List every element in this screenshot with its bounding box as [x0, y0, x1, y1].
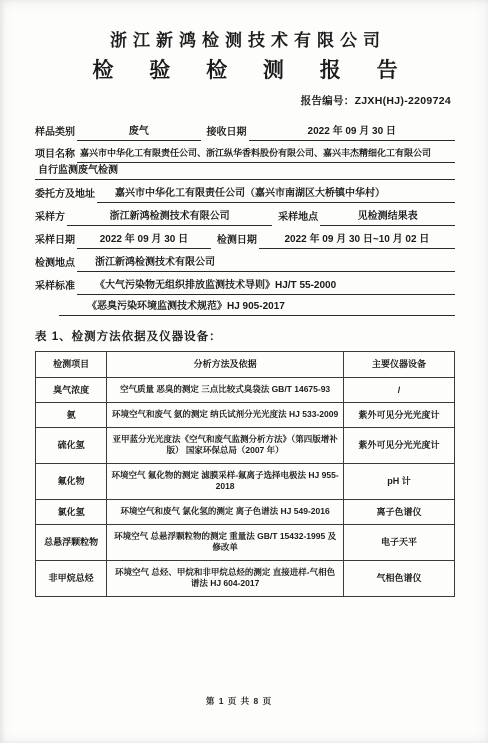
sampling-standard-line2: 《恶臭污染环境监测技术规范》HJ 905-2017 — [59, 299, 455, 316]
cell-method: 环境空气 总烃、甲烷和非甲烷总烃的测定 直接进样-气相色谱法 HJ 604-20… — [107, 560, 344, 596]
form-row-sample-type: 样品类别 废气 接收日期 2022 年 09 月 30 日 — [35, 124, 455, 141]
table-header-row: 检测项目 分析方法及依据 主要仪器设备 — [36, 352, 455, 377]
test-site-label: 检测地点 — [35, 256, 77, 272]
col-header-test-item: 检测项目 — [36, 352, 107, 377]
form-row-project-name-cont: 自行监测废气检测 — [35, 163, 455, 180]
cell-test-item: 氯化氢 — [36, 499, 107, 524]
col-header-instrument: 主要仪器设备 — [343, 352, 454, 377]
table-row: 氟化物 环境空气 氟化物的测定 滤膜采样-氟离子选择电极法 HJ 955-201… — [36, 463, 455, 499]
cell-instrument: 气相色谱仪 — [343, 560, 454, 596]
sampling-site-label: 采样地点 — [272, 210, 320, 226]
test-date-value: 2022 年 09 月 30 日~10 月 02 日 — [259, 232, 455, 249]
col-header-method: 分析方法及依据 — [107, 352, 344, 377]
form-row-sampler: 采样方 浙江新鸿检测技术有限公司 采样地点 见检测结果表 — [35, 209, 455, 226]
table-row: 硫化氢 亚甲蓝分光光度法《空气和废气监测分析方法》（第四版增补版） 国家环保总局… — [36, 427, 455, 463]
form-row-standard: 采样标准 《大气污染物无组织排放监测技术导则》HJ/T 55-2000 — [35, 278, 455, 295]
cell-method: 空气质量 恶臭的测定 三点比较式臭袋法 GB/T 14675-93 — [107, 377, 344, 402]
report-number-value: ZJXH(HJ)-2209724 — [355, 95, 451, 107]
sampling-date-value: 2022 年 09 月 30 日 — [77, 232, 211, 249]
test-site-value: 浙江新鸿检测技术有限公司 — [77, 255, 455, 272]
form-row-project-name: 项目名称 嘉兴市中华化工有限责任公司、浙江纵华香料股份有限公司、嘉兴丰杰精细化工… — [35, 147, 455, 163]
sampling-site-value: 见检测结果表 — [320, 209, 455, 226]
cell-test-item: 氨 — [36, 402, 107, 427]
table-row: 非甲烷总烃 环境空气 总烃、甲烷和非甲烷总烃的测定 直接进样-气相色谱法 HJ … — [36, 560, 455, 596]
table-row: 氯化氢 环境空气和废气 氯化氢的测定 离子色谱法 HJ 549-2016 离子色… — [36, 499, 455, 524]
project-name-value-line1: 嘉兴市中华化工有限责任公司、浙江纵华香料股份有限公司、嘉兴丰杰精细化工有限公司 — [77, 147, 455, 163]
cell-method: 环境空气和废气 氨的测定 纳氏试剂分光光度法 HJ 533-2009 — [107, 402, 344, 427]
receive-date-value: 2022 年 09 月 30 日 — [249, 124, 456, 141]
report-page: 浙江新鸿检测技术有限公司 检 验 检 测 报 告 报告编号：ZJXH(HJ)-2… — [0, 0, 488, 743]
table1-caption: 表 1、检测方法依据及仪器设备： — [35, 328, 455, 344]
project-name-label: 项目名称 — [35, 147, 77, 163]
sample-type-value: 废气 — [77, 124, 201, 141]
cell-method: 环境空气和废气 氯化氢的测定 离子色谱法 HJ 549-2016 — [107, 499, 344, 524]
cell-test-item: 硫化氢 — [36, 427, 107, 463]
report-number-label: 报告编号： — [301, 95, 355, 107]
client-label: 委托方及地址 — [35, 187, 97, 203]
cell-instrument: 离子色谱仪 — [343, 499, 454, 524]
cell-method: 环境空气 总悬浮颗粒物的测定 重量法 GB/T 15432-1995 及修改单 — [107, 524, 344, 560]
sampling-standard-label: 采样标准 — [35, 279, 77, 295]
cell-instrument: 紫外可见分光光度计 — [343, 402, 454, 427]
cell-test-item: 总悬浮颗粒物 — [36, 524, 107, 560]
table-row: 氨 环境空气和废气 氨的测定 纳氏试剂分光光度法 HJ 533-2009 紫外可… — [36, 402, 455, 427]
form-row-client: 委托方及地址 嘉兴市中华化工有限责任公司（嘉兴市南湖区大桥镇中华村） — [35, 186, 455, 203]
project-name-value-line2: 自行监测废气检测 — [35, 163, 455, 180]
form-row-standard-cont: 《恶臭污染环境监测技术规范》HJ 905-2017 — [35, 299, 455, 316]
cell-test-item: 臭气浓度 — [36, 377, 107, 402]
table-row: 总悬浮颗粒物 环境空气 总悬浮颗粒物的测定 重量法 GB/T 15432-199… — [36, 524, 455, 560]
test-date-label: 检测日期 — [211, 233, 259, 249]
sampler-label: 采样方 — [35, 210, 67, 226]
report-number-line: 报告编号：ZJXH(HJ)-2209724 — [35, 93, 451, 108]
page-number: 第 1 页 共 8 页 — [0, 695, 478, 707]
sampling-date-label: 采样日期 — [35, 233, 77, 249]
cell-test-item: 非甲烷总烃 — [36, 560, 107, 596]
methods-equipment-table: 检测项目 分析方法及依据 主要仪器设备 臭气浓度 空气质量 恶臭的测定 三点比较… — [35, 351, 455, 596]
form-row-dates: 采样日期 2022 年 09 月 30 日 检测日期 2022 年 09 月 3… — [35, 232, 455, 249]
receive-date-label: 接收日期 — [201, 125, 249, 141]
report-document: 浙江新鸿检测技术有限公司 检 验 检 测 报 告 报告编号：ZJXH(HJ)-2… — [0, 0, 488, 743]
cell-test-item: 氟化物 — [36, 463, 107, 499]
table-row: 臭气浓度 空气质量 恶臭的测定 三点比较式臭袋法 GB/T 14675-93 / — [36, 377, 455, 402]
cell-instrument: / — [343, 377, 454, 402]
cell-instrument: pH 计 — [343, 463, 454, 499]
cell-instrument: 电子天平 — [343, 524, 454, 560]
cell-instrument: 紫外可见分光光度计 — [343, 427, 454, 463]
sampling-standard-line1: 《大气污染物无组织排放监测技术导则》HJ/T 55-2000 — [77, 278, 455, 295]
cell-method: 环境空气 氟化物的测定 滤膜采样-氟离子选择电极法 HJ 955-2018 — [107, 463, 344, 499]
sampler-value: 浙江新鸿检测技术有限公司 — [67, 209, 272, 226]
client-value: 嘉兴市中华化工有限责任公司（嘉兴市南湖区大桥镇中华村） — [97, 186, 455, 203]
form-row-test-site: 检测地点 浙江新鸿检测技术有限公司 — [35, 255, 455, 272]
sample-type-label: 样品类别 — [35, 125, 77, 141]
report-title: 检 验 检 测 报 告 — [35, 57, 455, 84]
company-name: 浙江新鸿检测技术有限公司 — [35, 30, 455, 52]
report-info-form: 样品类别 废气 接收日期 2022 年 09 月 30 日 项目名称 嘉兴市中华… — [35, 124, 455, 316]
cell-method: 亚甲蓝分光光度法《空气和废气监测分析方法》（第四版增补版） 国家环保总局（200… — [107, 427, 344, 463]
